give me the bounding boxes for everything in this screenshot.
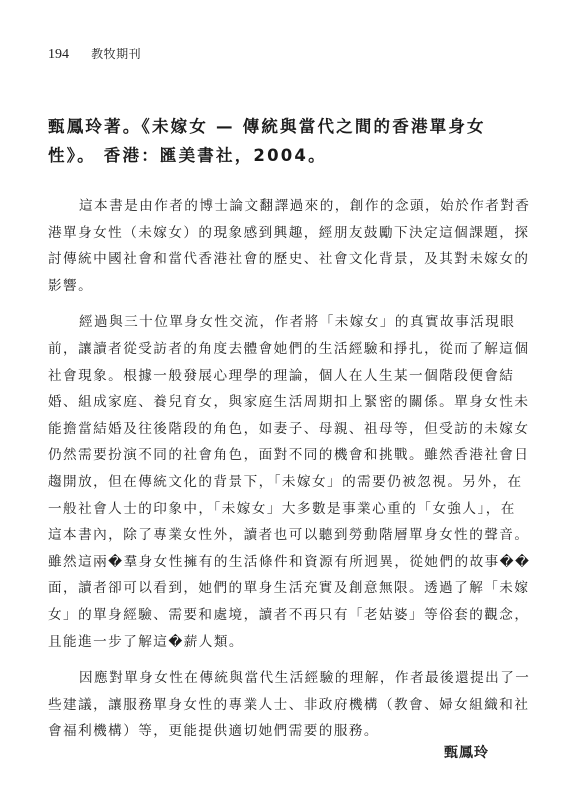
text-line: 仍然需要扮演不同的社會角色，面對不同的機會和挑戰。雖然香港社會日 (17, 442, 490, 469)
text-line: 這本書內，除了專業女性外，讀者也可以聽到勞動階層單身女性的聲音。 (17, 522, 490, 549)
paragraph-1: 這本書是由作者的博士論文翻譯過來的，創作的念頭，始於作者對香 港單身女性（未嫁女… (48, 193, 490, 299)
citation-line-2: 性》。 香港：匯美書社，2004。 (48, 141, 508, 170)
text-line: 前，讓讀者從受訪者的角度去體會她們的生活經驗和掙扎，從而了解這個 (17, 336, 490, 363)
text-line: 雖然這兩�羣身女性擁有的生活條件和資源有所迥異，從她們的故事�� (17, 549, 490, 576)
paragraph-3: 因應對單身女性在傳統與當代生活經驗的理解，作者最後還提出了一 些建議，讓服務單身… (48, 665, 490, 745)
text-line: 些建議，讓服務單身女性的專業人士、非政府機構（教會、婦女組織和社 (17, 692, 490, 719)
journal-title: 教牧期刊 (91, 47, 141, 61)
text-line: 能擔當結婚及往後階段的角色，如妻子、母親、祖母等，但受訪的未嫁女 (17, 416, 490, 443)
text-line: 這本書是由作者的博士論文翻譯過來的，創作的念頭，始於作者對香 (48, 193, 490, 220)
text-line: 影響。 (17, 273, 490, 300)
page-number: 194 (48, 47, 69, 62)
text-line: 且能進一步了解這�薪人類。 (17, 629, 490, 656)
text-line: 港單身女性（未嫁女）的現象感到興趣，經朋友鼓勵下決定這個課題，探 (17, 220, 490, 247)
text-line: 婚、組成家庭、養兒育女，與家庭生活周期扣上緊密的關係。單身女性未 (17, 389, 490, 416)
text-line: 一般社會人士的印象中，「未嫁女」大多數是事業心重的「女強人」，在 (17, 496, 490, 523)
text-line: 因應對單身女性在傳統與當代生活經驗的理解，作者最後還提出了一 (48, 665, 490, 692)
text-line: 社會現象。根據一般發展心理學的理論，個人在人生某一個階段便會結 (17, 363, 490, 390)
running-header: 194 教牧期刊 (48, 46, 141, 63)
text-line: 經過與三十位單身女性交流，作者將「未嫁女」的真實故事活現眼 (48, 309, 490, 336)
text-line: 討傳統中國社會和當代香港社會的歷史、社會文化背景，及其對未嫁女的 (17, 246, 490, 273)
book-citation: 甄鳳玲著。《未嫁女 — 傳統與當代之間的香港單身女 性》。 香港：匯美書社，20… (48, 112, 508, 170)
citation-line-1: 甄鳳玲著。《未嫁女 — 傳統與當代之間的香港單身女 (48, 112, 508, 141)
paragraph-2: 經過與三十位單身女性交流，作者將「未嫁女」的真實故事活現眼 前，讓讀者從受訪者的… (48, 309, 490, 655)
text-line: 面，讀者卻可以看到，她們的單身生活充實及創意無限。透過了解「未嫁 (17, 575, 490, 602)
review-body: 這本書是由作者的博士論文翻譯過來的，創作的念頭，始於作者對香 港單身女性（未嫁女… (48, 193, 490, 755)
text-line: 趨開放，但在傳統文化的背景下，「未嫁女」的需要仍被忽視。另外，在 (17, 469, 490, 496)
text-line: 女」的單身經驗、需要和處境，讀者不再只有「老姑婆」等俗套的觀念， (17, 602, 490, 629)
author-signature: 甄鳳玲 (444, 742, 489, 762)
text-line: 會福利機構）等，更能提供適切她們需要的服務。 (17, 718, 490, 745)
